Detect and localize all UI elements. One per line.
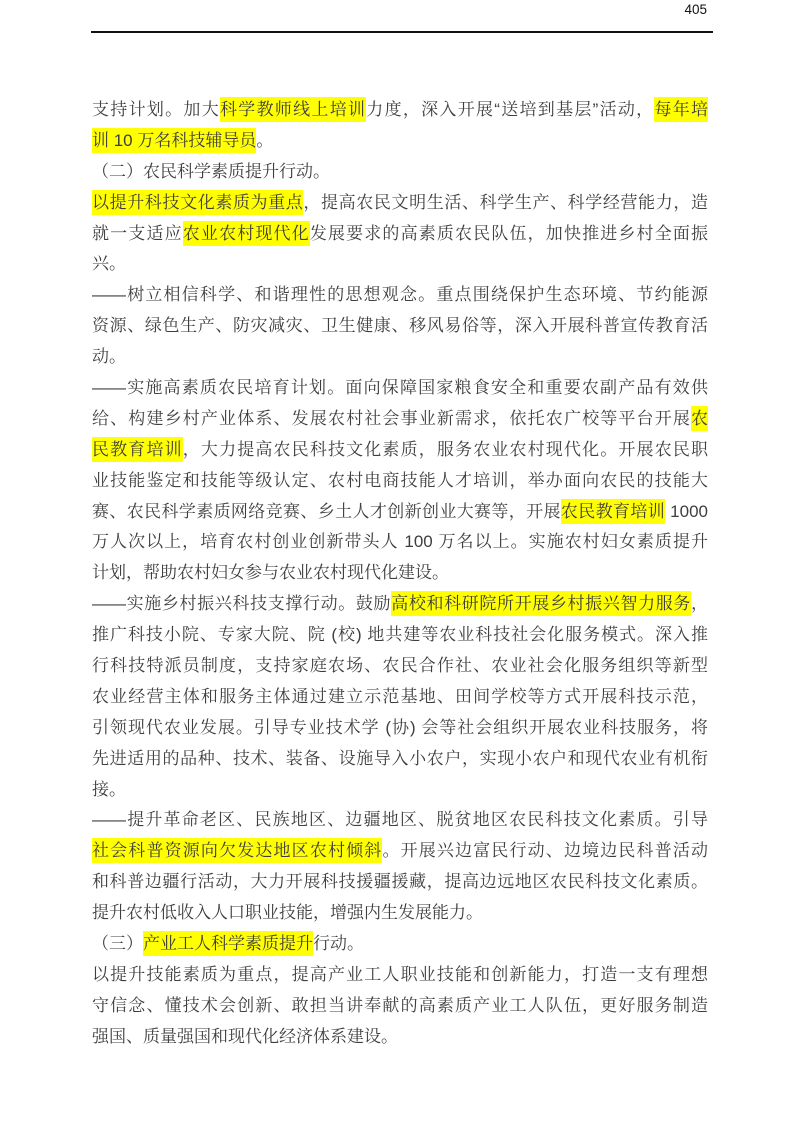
highlighted-text: 科学教师线上培训 bbox=[220, 97, 366, 122]
text-segment: 万人次以上，培育农村创业创新带头人 100 万名以上。实施农村妇女素质提升 bbox=[92, 532, 708, 551]
text-line: ——实施高素质农民培育计划。面向保障国家粮食安全和重要农副产品有效供 bbox=[92, 373, 708, 404]
text-segment: ， bbox=[691, 594, 708, 613]
text-segment: （二）农民科学素质提升行动。 bbox=[92, 162, 330, 181]
text-line: 社会科普资源向欠发达地区农村倾斜。开展兴边富民行动、边境边民科普活动 bbox=[92, 836, 708, 867]
text-segment: 推广科技小院、专家大院、院 (校) 地共建等农业科技社会化服务模式。深入推 bbox=[92, 625, 708, 644]
text-line: 计划，帮助农村妇女参与农业农村现代化建设。 bbox=[92, 558, 708, 589]
text-segment: ，提高农民文明生活、科学生产、科学经营能力，造 bbox=[303, 193, 708, 212]
highlighted-text: 农民教育培训 bbox=[561, 499, 665, 524]
text-line: 先进适用的品种、技术、装备、设施导入小农户，实现小农户和现代农业有机衔 bbox=[92, 744, 708, 775]
text-line: 以提升技能素质为重点，提高产业工人职业技能和创新能力，打造一支有理想 bbox=[92, 960, 708, 991]
text-line: 守信念、懂技术会创新、敢担当讲奉献的高素质产业工人队伍，更好服务制造 bbox=[92, 991, 708, 1022]
text-line: （三）产业工人科学素质提升行动。 bbox=[92, 929, 708, 960]
text-segment: 业技能鉴定和技能等级认定、农村电商技能人才培训，举办面向农民的技能大 bbox=[92, 471, 708, 490]
text-segment: 以提升技能素质为重点，提高产业工人职业技能和创新能力，打造一支有理想 bbox=[92, 965, 708, 984]
text-line: 提升农村低收入人口职业技能，增强内生发展能力。 bbox=[92, 898, 708, 929]
highlighted-text: 每年培 bbox=[654, 97, 708, 122]
text-segment: 资源、绿色生产、防灾减灾、卫生健康、移风易俗等，深入开展科普宣传教育活 bbox=[92, 316, 708, 335]
text-segment: （三） bbox=[92, 934, 143, 953]
text-segment: 支持计划。加大 bbox=[92, 100, 220, 119]
text-segment: 提升农村低收入人口职业技能，增强内生发展能力。 bbox=[92, 903, 483, 922]
text-segment: 兴。 bbox=[92, 254, 126, 273]
text-line: （二）农民科学素质提升行动。 bbox=[92, 157, 708, 188]
text-segment: 先进适用的品种、技术、装备、设施导入小农户，实现小农户和现代农业有机衔 bbox=[92, 749, 708, 768]
text-line: 引领现代农业发展。引导专业技术学 (协) 会等社会组织开展农业科技服务，将 bbox=[92, 713, 708, 744]
text-segment: 农业经营主体和服务主体通过建立示范基地、田间学校等方式开展科技示范， bbox=[92, 687, 708, 706]
text-line: 兴。 bbox=[92, 249, 708, 280]
text-line: 赛、农民科学素质网络竞赛、乡土人才创新创业大赛等，开展农民教育培训 1000 bbox=[92, 497, 708, 528]
text-line: ——提升革命老区、民族地区、边疆地区、脱贫地区农民科技文化素质。引导 bbox=[92, 805, 708, 836]
text-line: ——树立相信科学、和谐理性的思想观念。重点围绕保护生态环境、节约能源 bbox=[92, 280, 708, 311]
text-segment: ，大力提高农民科技文化素质，服务农业农村现代化。开展农民职 bbox=[183, 440, 708, 459]
text-line: 动。 bbox=[92, 342, 708, 373]
page-number: 405 bbox=[684, 2, 707, 18]
highlighted-text: 农 bbox=[691, 406, 708, 431]
text-segment: ——实施乡村振兴科技支撑行动。鼓励 bbox=[92, 594, 391, 613]
text-line: 接。 bbox=[92, 775, 708, 806]
text-line: 训 10 万名科技辅导员。 bbox=[92, 126, 708, 157]
text-line: ——实施乡村振兴科技支撑行动。鼓励高校和科研院所开展乡村振兴智力服务， bbox=[92, 589, 708, 620]
text-segment: 赛、农民科学素质网络竞赛、乡土人才创新创业大赛等，开展 bbox=[92, 502, 561, 521]
highlighted-text: 农业农村现代化 bbox=[183, 221, 310, 246]
text-segment: 行动。 bbox=[313, 934, 364, 953]
highlighted-text: 高校和科研院所开展乡村振兴智力服务 bbox=[391, 591, 691, 616]
highlighted-text: 以提升科技文化素质为重点 bbox=[92, 190, 303, 215]
text-segment: ——实施高素质农民培育计划。面向保障国家粮食安全和重要农副产品有效供 bbox=[92, 378, 708, 397]
text-segment: 动。 bbox=[92, 347, 126, 366]
text-line: 业技能鉴定和技能等级认定、农村电商技能人才培训，举办面向农民的技能大 bbox=[92, 466, 708, 497]
highlighted-text: 民教育培训 bbox=[92, 437, 183, 462]
text-segment: 计划，帮助农村妇女参与农业农村现代化建设。 bbox=[92, 563, 449, 582]
text-segment: 发展要求的高素质农民队伍，加快推进乡村全面振 bbox=[310, 224, 708, 243]
document-body: 支持计划。加大科学教师线上培训力度，深入开展“送培到基层”活动，每年培训 10 … bbox=[92, 95, 708, 1053]
text-line: 资源、绿色生产、防灾减灾、卫生健康、移风易俗等，深入开展科普宣传教育活 bbox=[92, 311, 708, 342]
highlighted-text: 产业工人科学素质提升 bbox=[143, 931, 313, 956]
text-line: 支持计划。加大科学教师线上培训力度，深入开展“送培到基层”活动，每年培 bbox=[92, 95, 708, 126]
text-segment: 。开展兴边富民行动、边境边民科普活动 bbox=[382, 841, 708, 860]
text-segment: 给、构建乡村产业体系、发展农村社会事业新需求，依托农广校等平台开展 bbox=[92, 409, 691, 428]
text-line: 以提升科技文化素质为重点，提高农民文明生活、科学生产、科学经营能力，造 bbox=[92, 188, 708, 219]
text-line: 民教育培训，大力提高农民科技文化素质，服务农业农村现代化。开展农民职 bbox=[92, 435, 708, 466]
text-segment: ——提升革命老区、民族地区、边疆地区、脱贫地区农民科技文化素质。引导 bbox=[92, 810, 708, 829]
text-segment: 引领现代农业发展。引导专业技术学 (协) 会等社会组织开展农业科技服务，将 bbox=[92, 718, 708, 737]
highlighted-text: 训 10 万名科技辅导员 bbox=[92, 128, 256, 153]
highlighted-text: 社会科普资源向欠发达地区农村倾斜 bbox=[92, 838, 382, 863]
text-segment: 就一支适应 bbox=[92, 224, 183, 243]
text-segment: 行科技特派员制度，支持家庭农场、农民合作社、农业社会化服务组织等新型 bbox=[92, 656, 708, 675]
text-segment: 接。 bbox=[92, 780, 126, 799]
text-segment: 。 bbox=[256, 131, 273, 150]
text-line: 和科普边疆行活动，大力开展科技援疆援藏，提高边远地区农民科技文化素质。 bbox=[92, 867, 708, 898]
text-segment: 守信念、懂技术会创新、敢担当讲奉献的高素质产业工人队伍，更好服务制造 bbox=[92, 996, 708, 1015]
text-line: 推广科技小院、专家大院、院 (校) 地共建等农业科技社会化服务模式。深入推 bbox=[92, 620, 708, 651]
header-rule bbox=[91, 31, 713, 33]
text-line: 行科技特派员制度，支持家庭农场、农民合作社、农业社会化服务组织等新型 bbox=[92, 651, 708, 682]
text-segment: ——树立相信科学、和谐理性的思想观念。重点围绕保护生态环境、节约能源 bbox=[92, 285, 708, 304]
text-segment: 1000 bbox=[665, 502, 708, 521]
document-page: 405 支持计划。加大科学教师线上培训力度，深入开展“送培到基层”活动，每年培训… bbox=[0, 0, 793, 1122]
text-line: 万人次以上，培育农村创业创新带头人 100 万名以上。实施农村妇女素质提升 bbox=[92, 527, 708, 558]
text-line: 给、构建乡村产业体系、发展农村社会事业新需求，依托农广校等平台开展农 bbox=[92, 404, 708, 435]
text-segment: 和科普边疆行活动，大力开展科技援疆援藏，提高边远地区农民科技文化素质。 bbox=[92, 872, 708, 891]
text-line: 就一支适应农业农村现代化发展要求的高素质农民队伍，加快推进乡村全面振 bbox=[92, 219, 708, 250]
text-segment: 强国、质量强国和现代化经济体系建设。 bbox=[92, 1027, 398, 1046]
text-segment: 力度，深入开展“送培到基层”活动， bbox=[366, 100, 654, 119]
text-line: 农业经营主体和服务主体通过建立示范基地、田间学校等方式开展科技示范， bbox=[92, 682, 708, 713]
text-line: 强国、质量强国和现代化经济体系建设。 bbox=[92, 1022, 708, 1053]
